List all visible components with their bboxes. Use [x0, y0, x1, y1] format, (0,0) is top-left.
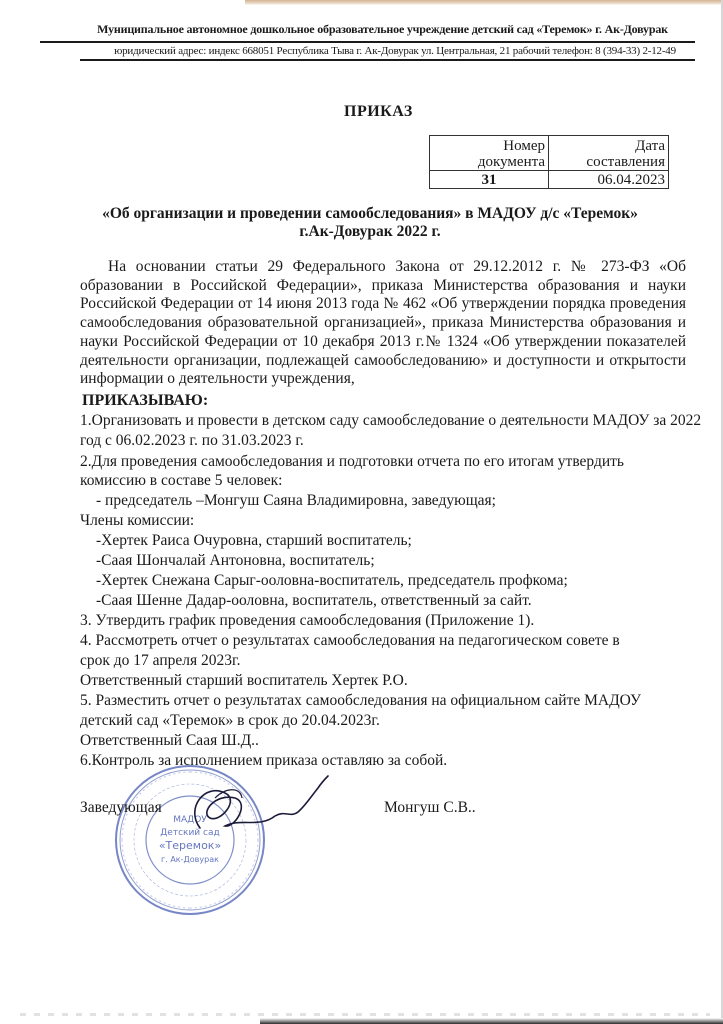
organization-name: Муниципальное автономное дошкольное обра…	[40, 22, 695, 37]
list-item: Ответственный старший воспитатель Хертек…	[80, 671, 408, 690]
document-type: ПРИКАЗ	[344, 103, 413, 121]
organization-address: юридический адрес: индекс 668051 Республ…	[40, 45, 695, 57]
list-item: детский сад «Теремок» в срок до 20.04.20…	[80, 711, 380, 730]
document-meta-table: Номер документа Дата составления 31 06.0…	[429, 135, 669, 189]
list-item: 2.Для проведения самообследования и подг…	[80, 452, 624, 471]
preamble-text: На основании статьи 29 Федерального Зако…	[80, 258, 686, 389]
meta-header-number-line2: документа	[433, 154, 545, 170]
list-item: -Саая Шенне Дадар-ооловна, воспитатель, …	[96, 591, 532, 610]
order-title-line2: г.Ак-Довурак 2022 г.	[70, 223, 670, 241]
order-label: ПРИКАЗЫВАЮ:	[82, 392, 208, 410]
stamp-line4: г. Ак-Довурак	[161, 855, 219, 864]
preamble: На основании статьи 29 Федерального Зако…	[80, 258, 686, 389]
list-item: 3. Утвердить график проведения самообсле…	[80, 611, 534, 630]
letterhead: Муниципальное автономное дошкольное обра…	[40, 22, 695, 61]
scan-bottom-edge	[260, 1018, 723, 1024]
stamp-line2: Детский сад	[160, 828, 219, 838]
list-item: комиссию в составе 5 человек:	[80, 471, 282, 490]
order-title-line1: «Об организации и проведении самообследо…	[70, 205, 670, 223]
official-stamp-icon: МАДОУ Детский сад «Теремок» г. Ак-Довура…	[110, 760, 270, 920]
scan-bottom-noise	[20, 1013, 710, 1016]
list-item: -Хертек Снежана Сарыг-ооловна-воспитател…	[96, 571, 568, 590]
signatory-name: Монгуш С.В..	[384, 799, 476, 817]
meta-header-date: Дата составления	[549, 136, 669, 171]
list-item: Члены комиссии:	[80, 511, 194, 530]
list-item: срок до 17 апреля 2023г.	[80, 651, 241, 670]
letterhead-rule	[40, 41, 695, 43]
list-item: -Хертек Раиса Очуровна, старший воспитат…	[96, 531, 412, 550]
list-item: Ответственный Саая Ш.Д..	[80, 731, 259, 750]
order-title: «Об организации и проведении самообследо…	[70, 205, 670, 241]
signature-icon	[180, 768, 330, 858]
list-item: 4. Рассмотреть отчет о результатах самоо…	[80, 631, 620, 650]
list-item: год с 06.02.2023 г. по 31.03.2023 г.	[80, 431, 304, 450]
document-number: 31	[430, 171, 549, 189]
address-rule	[80, 59, 695, 61]
meta-header-number: Номер документа	[430, 136, 549, 171]
meta-header-date-line1: Дата	[552, 138, 665, 154]
meta-header-number-line1: Номер	[433, 138, 545, 154]
signatory-position: Заведующая	[80, 799, 162, 817]
scan-top-edge	[245, 0, 723, 5]
stamp-line3: «Теремок»	[159, 839, 221, 852]
list-item: 6.Контроль за исполнением приказа оставл…	[80, 751, 447, 770]
meta-header-date-line2: составления	[552, 154, 665, 170]
list-item: 5. Разместить отчет о результатах самооб…	[80, 691, 641, 710]
list-item: 1.Организовать и провести в детском саду…	[80, 411, 701, 430]
list-item: - председатель –Монгуш Саяна Владимировн…	[96, 491, 496, 510]
list-item: -Саая Шончалай Антоновна, воспитатель;	[96, 551, 375, 570]
stamp-line1: МАДОУ	[173, 815, 207, 825]
document-date: 06.04.2023	[549, 171, 669, 189]
